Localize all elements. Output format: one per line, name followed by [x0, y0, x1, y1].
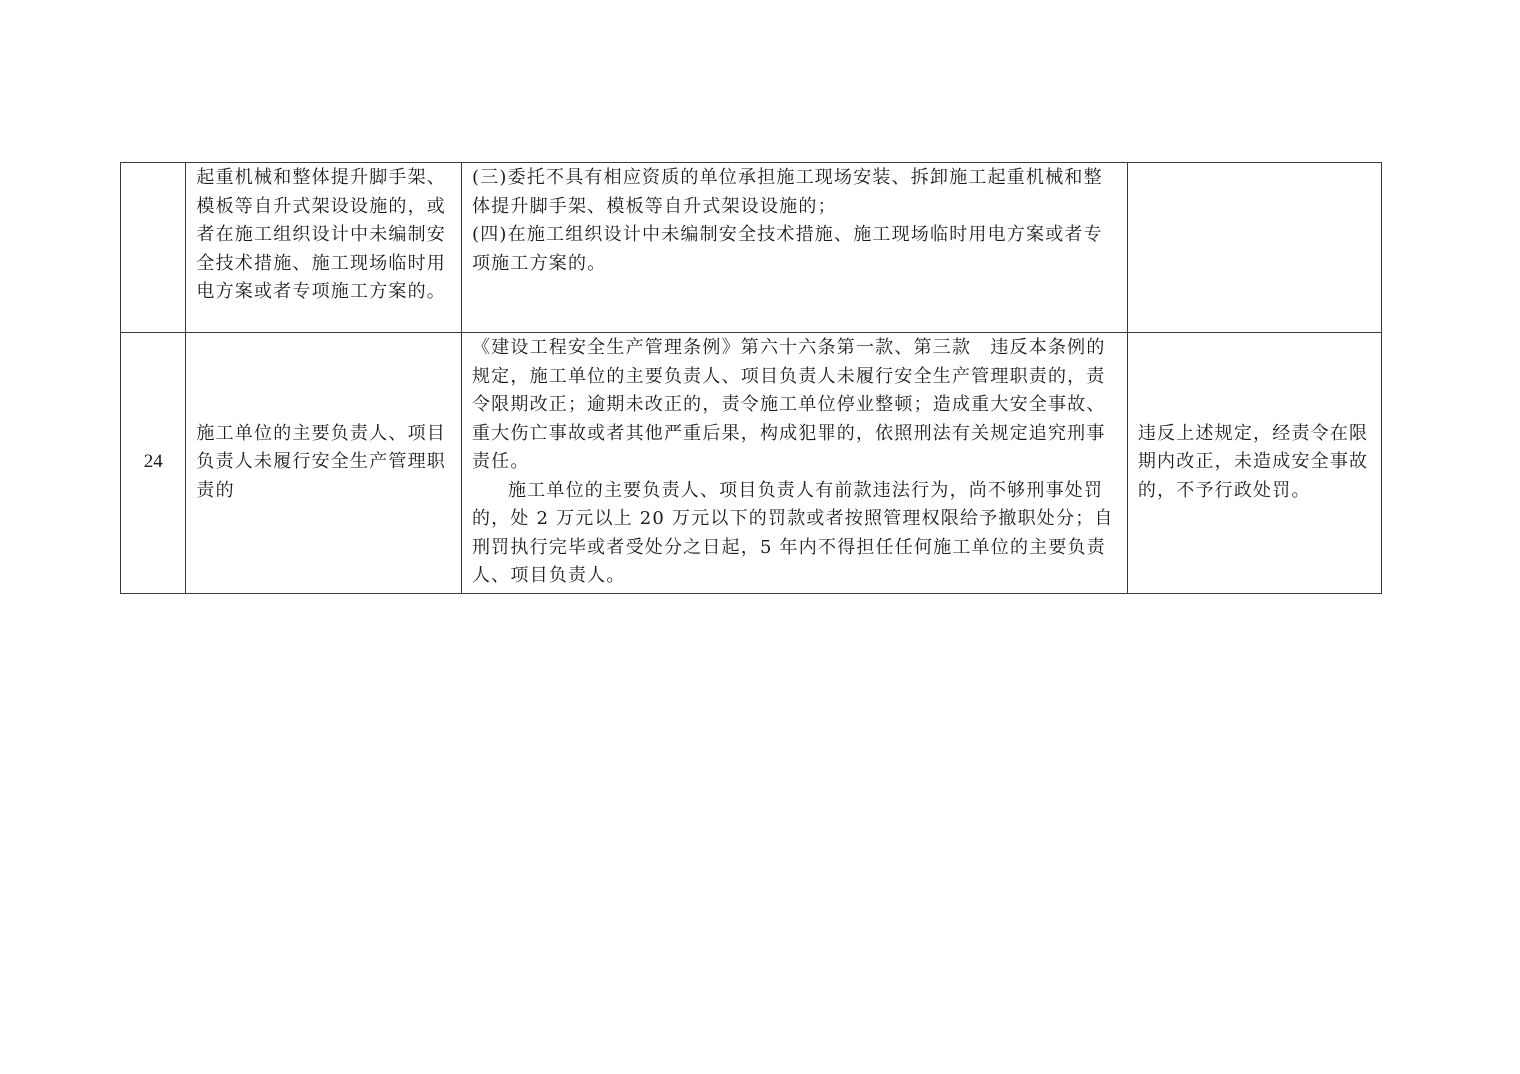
- legal-basis-clause: (四)在施工组织设计中未编制安全技术措施、施工现场临时用电方案或者专项施工方案的…: [472, 221, 1117, 278]
- row-number-cell: 24: [121, 333, 186, 594]
- legal-basis-cell: (三)委托不具有相应资质的单位承担施工现场安装、拆卸施工起重机械和整体提升脚手架…: [461, 163, 1127, 333]
- violation-behavior-cell: 起重机械和整体提升脚手架、模板等自升式架设设施的，或者在施工组织设计中未编制安全…: [186, 163, 462, 333]
- legal-basis-paragraph: 施工单位的主要负责人、项目负责人有前款违法行为，尚不够刑事处罚的，处 2 万元以…: [472, 477, 1117, 591]
- table-row: 24 施工单位的主要负责人、项目负责人未履行安全生产管理职责的 《建设工程安全生…: [121, 333, 1382, 594]
- table-row: 起重机械和整体提升脚手架、模板等自升式架设设施的，或者在施工组织设计中未编制安全…: [121, 163, 1382, 333]
- legal-basis-paragraph: 《建设工程安全生产管理条例》第六十六条第一款、第三款 违反本条例的规定，施工单位…: [472, 334, 1117, 477]
- remark-cell: 违反上述规定，经责令在限期内改正，未造成安全事故的，不予行政处罚。: [1127, 333, 1381, 594]
- violation-behavior-cell: 施工单位的主要负责人、项目负责人未履行安全生产管理职责的: [186, 333, 462, 594]
- regulation-table: 起重机械和整体提升脚手架、模板等自升式架设设施的，或者在施工组织设计中未编制安全…: [120, 162, 1382, 594]
- legal-basis-clause: (三)委托不具有相应资质的单位承担施工现场安装、拆卸施工起重机械和整体提升脚手架…: [472, 164, 1117, 221]
- row-number-cell: [121, 163, 186, 333]
- remark-cell: [1127, 163, 1381, 333]
- legal-basis-cell: 《建设工程安全生产管理条例》第六十六条第一款、第三款 违反本条例的规定，施工单位…: [461, 333, 1127, 594]
